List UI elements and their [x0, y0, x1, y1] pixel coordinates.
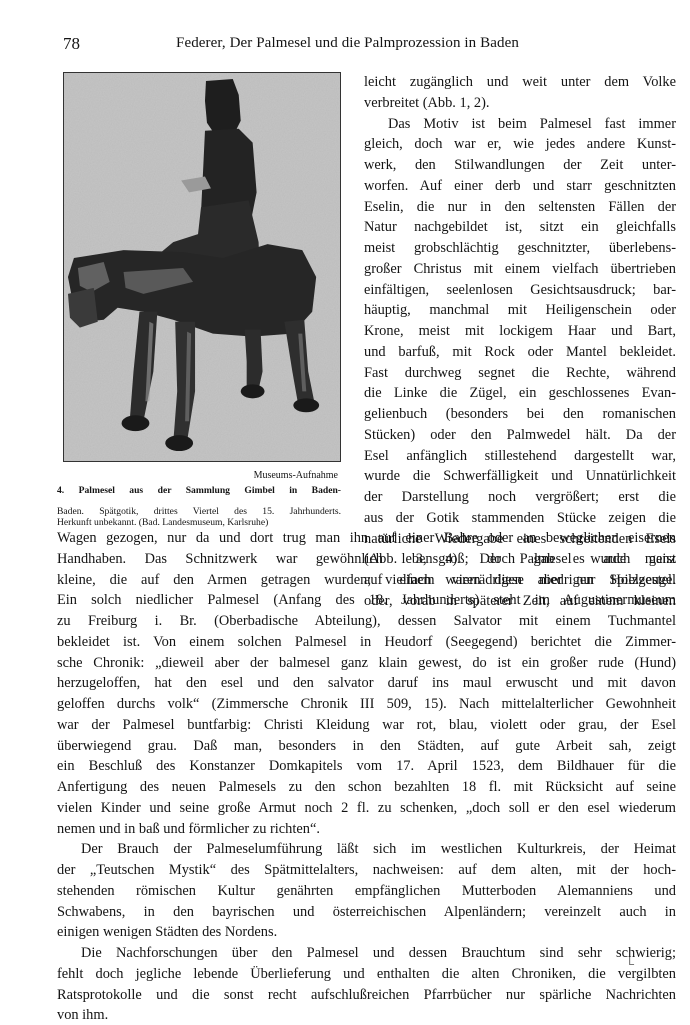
- text-line: häuptig, manchmal mit Heiligenschein ode…: [364, 300, 676, 321]
- text-line: Esel anfänglich stillestehend dargestell…: [364, 446, 676, 467]
- caption-line: Baden. Spätgotik, drittes Viertel des 15…: [57, 506, 341, 517]
- text-line: Eselin, die nur in den seltensten Fällen…: [364, 197, 676, 218]
- text-line: Die Nachforschungen über den Palmesel un…: [57, 943, 676, 964]
- running-head: Federer, Der Palmesel und die Palmprozes…: [176, 35, 519, 52]
- text-line: nemen und in baß und förmlicher zu richt…: [57, 819, 676, 840]
- text-line: Schwabens, in den bayrischen und österre…: [57, 902, 676, 923]
- text-line: großer Christus mit einem vielfach übert…: [364, 259, 676, 280]
- text-line: einfältigen, seelenlosen Gesichtsausdruc…: [364, 280, 676, 301]
- text-line: Krone, meist mit lockigem Haar und Bart,: [364, 321, 676, 342]
- text-line: Handhaben. Das Schnitzwerk war gewöhnlic…: [57, 549, 676, 570]
- caption-line: 4. Palmesel aus der Sammlung Gimbel in B…: [57, 485, 341, 506]
- text-line: Das Motiv ist beim Palmesel fast immer: [364, 114, 676, 135]
- text-line: meist grobschlächtig geschnitzter, überl…: [364, 238, 676, 259]
- text-line: fehlt doch jegliche lebende Überlieferun…: [57, 964, 676, 985]
- text-line: einigen wenigen Städten des Nordens.: [57, 922, 676, 943]
- text-line: verbreitet (Abb. 1, 2).: [364, 93, 676, 114]
- paragraph-1: Wagen gezogen, nur da und dort trug man …: [57, 528, 676, 839]
- printer-mark: ᒪ: [628, 955, 634, 968]
- text-line: Wagen gezogen, nur da und dort trug man …: [57, 528, 676, 549]
- text-line: der Darstellung noch vergrößert; erst di…: [364, 487, 676, 508]
- text-line: aus der Gotik stammenden Stücke zeigen d…: [364, 508, 676, 529]
- text-line: stehenden römischen Kultur genährten emp…: [57, 881, 676, 902]
- figure-photo: [63, 72, 341, 462]
- text-line: geloffen durchs volk“ (Zimmersche Chroni…: [57, 694, 676, 715]
- figure-caption: 4. Palmesel aus der Sammlung Gimbel in B…: [57, 485, 341, 528]
- text-line: ein Beschluß des Konstanzer Domkapitels …: [57, 756, 676, 777]
- text-line: werk, den Stilwandlungen der Zeit unter-: [364, 155, 676, 176]
- text-line: wurde die Schwerfälligkeit und Unnatürli…: [364, 466, 676, 487]
- text-line: überwiegend grau. Daß man, besonders in …: [57, 736, 676, 757]
- photo-credit: Museums-Aufnahme: [254, 470, 338, 481]
- palmesel-sculpture-image: [64, 73, 340, 461]
- text-line: gelienbuch (besonders bei den romanische…: [364, 404, 676, 425]
- text-line: herzugeloffen, hat den esel und den salv…: [57, 673, 676, 694]
- text-line: Natur nachgebildet ist, sitzt ein gleich…: [364, 217, 676, 238]
- paragraph-2: Der Brauch der Palmeselumführung läßt si…: [57, 839, 676, 943]
- text-line: Stücken) oder den Palmwedel hält. Da der: [364, 425, 676, 446]
- text-line: Ein solch niedlicher Palmesel (Anfang de…: [57, 590, 676, 611]
- text-line: zu Freiburg i. Br. (Oberbadische Abteilu…: [57, 611, 676, 632]
- text-line: kleine, die auf den Armen getragen wurde…: [57, 570, 676, 591]
- text-line: vielen Kinder und seine große Armut noch…: [57, 798, 676, 819]
- text-line: Ratsprotokolle und die sonst recht aufsc…: [57, 985, 676, 1006]
- paragraph-3: Die Nachforschungen über den Palmesel un…: [57, 943, 676, 1025]
- full-width-text: Wagen gezogen, nur da und dort trug man …: [57, 528, 676, 1025]
- text-line: war der Palmesel buntfarbig: Christi Kle…: [57, 715, 676, 736]
- text-line: bekleidet ist. Von einem solchen Palmese…: [57, 632, 676, 653]
- text-line: gleich, doch war er, wie jedes andere Ku…: [364, 134, 676, 155]
- text-line: Fast durchweg segnet die Rechte, während: [364, 363, 676, 384]
- text-line: Anfertigung des neuen Palmesels zu den s…: [57, 777, 676, 798]
- text-line: von ihm.: [57, 1005, 676, 1025]
- text-line: leicht zugänglich und weit unter dem Vol…: [364, 72, 676, 93]
- text-line: worfen. Auf einer derb und starr geschni…: [364, 176, 676, 197]
- text-line: der „Teutschen Mystik“ des Spätmittelalt…: [57, 860, 676, 881]
- text-line: die Linke die Zügel, ein geschlossenes E…: [364, 383, 676, 404]
- text-line: und barfuß, mit Rock oder Mantel bekleid…: [364, 342, 676, 363]
- caption-line: Herkunft unbekannt. (Bad. Landesmuseum, …: [57, 517, 341, 528]
- text-line: Der Brauch der Palmeselumführung läßt si…: [57, 839, 676, 860]
- page-number: 78: [63, 34, 80, 54]
- text-line: sche Chronik: „dieweil aber der balmesel…: [57, 653, 676, 674]
